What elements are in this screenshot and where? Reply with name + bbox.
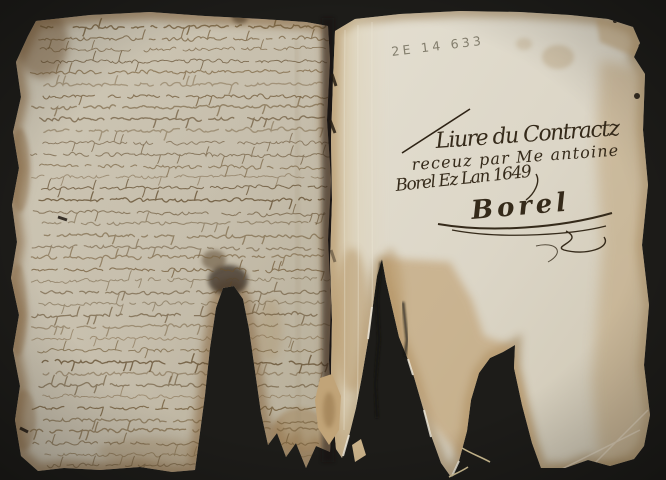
manuscript-scan: 2E 14 633 Liure du Contractz receuz par … <box>0 0 666 480</box>
scan-scene: 2E 14 633 Liure du Contractz receuz par … <box>0 0 666 480</box>
photo-vignette <box>0 0 666 480</box>
